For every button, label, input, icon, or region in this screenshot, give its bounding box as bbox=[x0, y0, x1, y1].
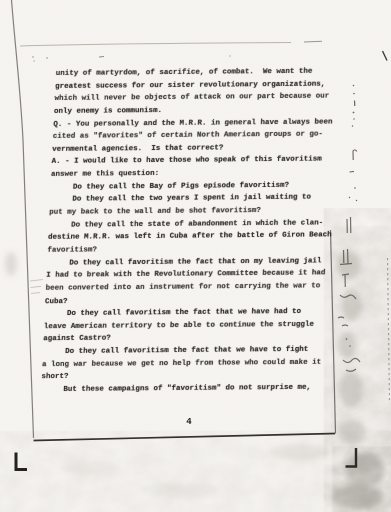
document-line: unity of martyrdom, of sacrifice, of com… bbox=[55, 65, 358, 80]
registration-mark-bottom-left bbox=[16, 453, 27, 470]
document-line: short? bbox=[41, 369, 344, 384]
document-line: favoritism? bbox=[47, 242, 350, 257]
document-line: leave American territory to be able to c… bbox=[43, 318, 346, 333]
top-edge-line bbox=[20, 43, 291, 47]
left-margin-smudges bbox=[30, 280, 43, 294]
top-edge-dash bbox=[304, 41, 322, 42]
page-border-bottom-line bbox=[34, 434, 336, 441]
document-line: cited as "favorites" of certain North Am… bbox=[52, 129, 355, 144]
page-border-left-line bbox=[12, 0, 34, 438]
bottom-right-corner-noise bbox=[338, 452, 391, 512]
document-line: But these campaigns of "favoritism" do n… bbox=[40, 381, 343, 396]
edge-micro-text-column bbox=[388, 258, 390, 402]
page-number: 4 bbox=[183, 417, 195, 427]
corner-bracket-mark-bottom-right bbox=[346, 448, 357, 467]
top-margin-specks bbox=[32, 55, 230, 61]
document-line: answer me this question: bbox=[51, 166, 354, 181]
bottom-edge-noise bbox=[0, 438, 391, 512]
document-line: Do they call the state of abandonment in… bbox=[48, 217, 351, 232]
right-edge-dots bbox=[346, 338, 351, 347]
scanned-document-page: unity of martyrdom, of sacrifice, of com… bbox=[0, 0, 391, 512]
document-line: been converted into an instrument for no… bbox=[45, 280, 348, 295]
document-line: which will never be objects of attack on… bbox=[54, 91, 357, 106]
diagonal-tick-mark bbox=[383, 51, 388, 61]
document-text-block: unity of martyrdom, of sacrifice, of com… bbox=[40, 65, 358, 396]
